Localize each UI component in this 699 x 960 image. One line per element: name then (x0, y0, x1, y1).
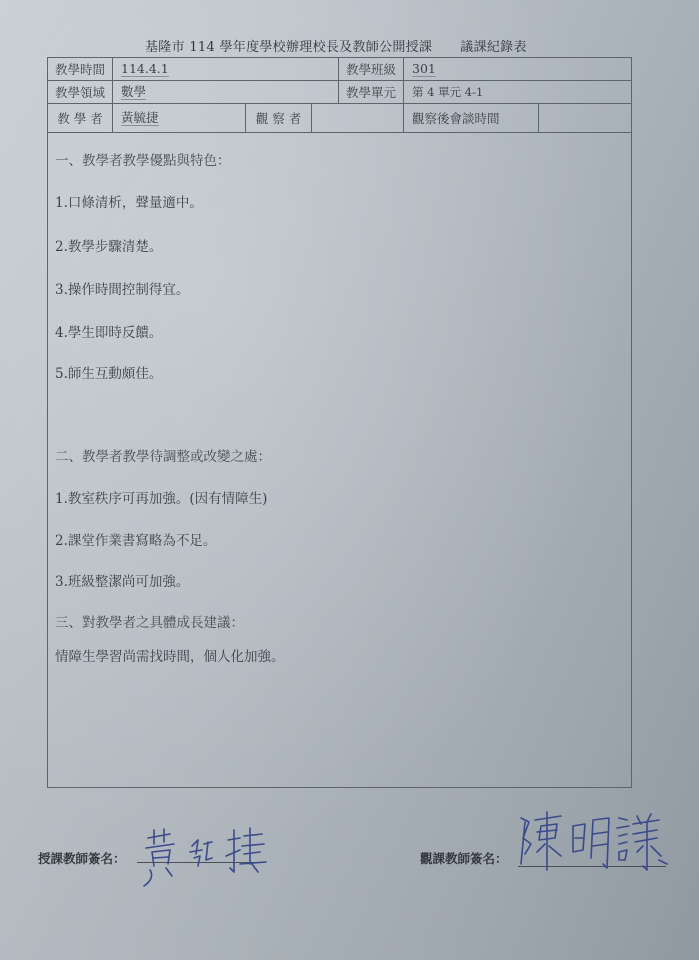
teacher-signature-ink (140, 820, 280, 890)
info-table: 教學時間 114.4.1 教學班級 301 教學領域 數學 教學單元 第 4 單… (47, 57, 632, 133)
suggestion-item: 情障生學習尚需找時間，個人化加強。 (55, 645, 285, 665)
observer-signature-label: 觀課教師簽名： (420, 849, 508, 867)
observer-label: 觀 察 者 (246, 104, 311, 132)
teaching-class-value: 301 (412, 62, 436, 77)
document-title-sub: 議課紀錄表 (460, 40, 527, 55)
strengths-heading: 一、教學者教學優點與特色： (55, 149, 231, 169)
strength-item: 1.口條清析，聲量適中。 (55, 191, 203, 211)
teacher-label: 教 學 者 (48, 104, 112, 132)
teaching-domain-field[interactable]: 數學 (113, 81, 338, 103)
strength-item: 4.學生即時反饋。 (55, 321, 162, 341)
teaching-domain-label: 教學領域 (48, 81, 112, 103)
improvement-item: 1.教室秩序可再加強。(因有情障生) (55, 487, 267, 507)
post-meeting-label: 觀察後會談時間 (404, 104, 538, 132)
suggestions-heading: 三、對教學者之具體成長建議： (55, 611, 244, 631)
document-title-main: 基隆市 114 學年度學校辦理校長及教師公開授課 (145, 40, 432, 55)
observer-signature-ink (515, 808, 675, 880)
strength-item: 5.師生互動頗佳。 (55, 362, 162, 382)
teaching-unit-field[interactable]: 第 4 單元 4-1 (404, 81, 631, 103)
teaching-time-field[interactable]: 114.4.1 (113, 58, 338, 80)
improvement-item: 3.班級整潔尚可加強。 (55, 570, 189, 590)
teaching-time-label: 教學時間 (48, 58, 112, 80)
improvement-item: 2.課堂作業書寫略為不足。 (55, 529, 216, 549)
teaching-time-value: 114.4.1 (121, 62, 169, 77)
teacher-value: 黃毓捷 (121, 111, 159, 126)
teaching-unit-value: 第 4 單元 4-1 (412, 84, 483, 100)
post-meeting-field[interactable] (539, 104, 631, 132)
strength-item: 2.教學步驟清楚。 (55, 235, 162, 255)
feedback-content-box: 一、教學者教學優點與特色： 1.口條清析，聲量適中。 2.教學步驟清楚。 3.操… (47, 132, 632, 788)
observer-field[interactable] (312, 104, 403, 132)
teaching-class-label: 教學班級 (339, 58, 403, 80)
teacher-field[interactable]: 黃毓捷 (113, 104, 245, 132)
teaching-class-field[interactable]: 301 (404, 58, 631, 80)
teaching-unit-label: 教學單元 (339, 81, 403, 103)
teaching-domain-value: 數學 (121, 85, 146, 100)
document-title: 基隆市 114 學年度學校辦理校長及教師公開授課議課紀錄表 (145, 36, 527, 55)
teacher-signature-label: 授課教師簽名： (38, 849, 126, 867)
strength-item: 3.操作時間控制得宜。 (55, 278, 189, 298)
improvements-heading: 二、教學者教學待調整或改變之處： (55, 445, 271, 465)
